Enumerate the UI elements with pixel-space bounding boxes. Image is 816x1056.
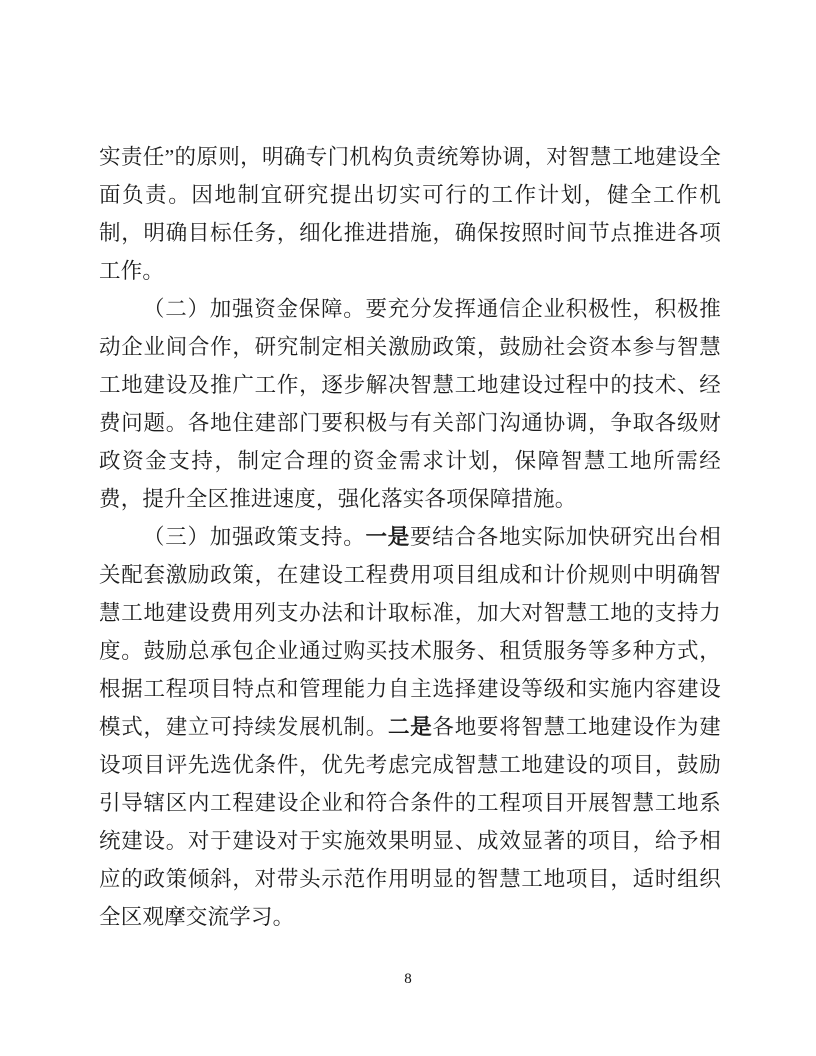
text-run: 要结合各地实际加快研究出台相关配套激励政策，在建设工程费用项目组成和计价规则中明… xyxy=(99,525,721,739)
paragraph-section-3: （三）加强政策支持。一是要结合各地实际加快研究出台相关配套激励政策，在建设工程费… xyxy=(99,518,721,936)
page-number: 8 xyxy=(404,971,412,987)
text-run: （二）加强资金保障。要充分发挥通信企业积极性，积极推动企业间合作，研究制定相关激… xyxy=(99,297,721,511)
emphasis-run: 一是 xyxy=(366,525,411,549)
paragraph-continuation: 实责任”的原则，明确专门机构负责统筹协调，对智慧工地建设全面负责。因地制宜研究提… xyxy=(99,138,721,290)
document-page: 实责任”的原则，明确专门机构负责统筹协调，对智慧工地建设全面负责。因地制宜研究提… xyxy=(0,0,816,1056)
document-body: 实责任”的原则，明确专门机构负责统筹协调，对智慧工地建设全面负责。因地制宜研究提… xyxy=(99,138,721,936)
text-run: 实责任”的原则，明确专门机构负责统筹协调，对智慧工地建设全面负责。因地制宜研究提… xyxy=(99,145,721,283)
page-footer: 8 xyxy=(0,970,816,988)
paragraph-section-2: （二）加强资金保障。要充分发挥通信企业积极性，积极推动企业间合作，研究制定相关激… xyxy=(99,290,721,518)
emphasis-run: 二是 xyxy=(388,715,432,739)
text-run: （三）加强政策支持。 xyxy=(143,525,366,549)
text-run: 各地要将智慧工地建设作为建设项目评先选优条件，优先考虑完成智慧工地建设的项目，鼓… xyxy=(99,715,721,929)
